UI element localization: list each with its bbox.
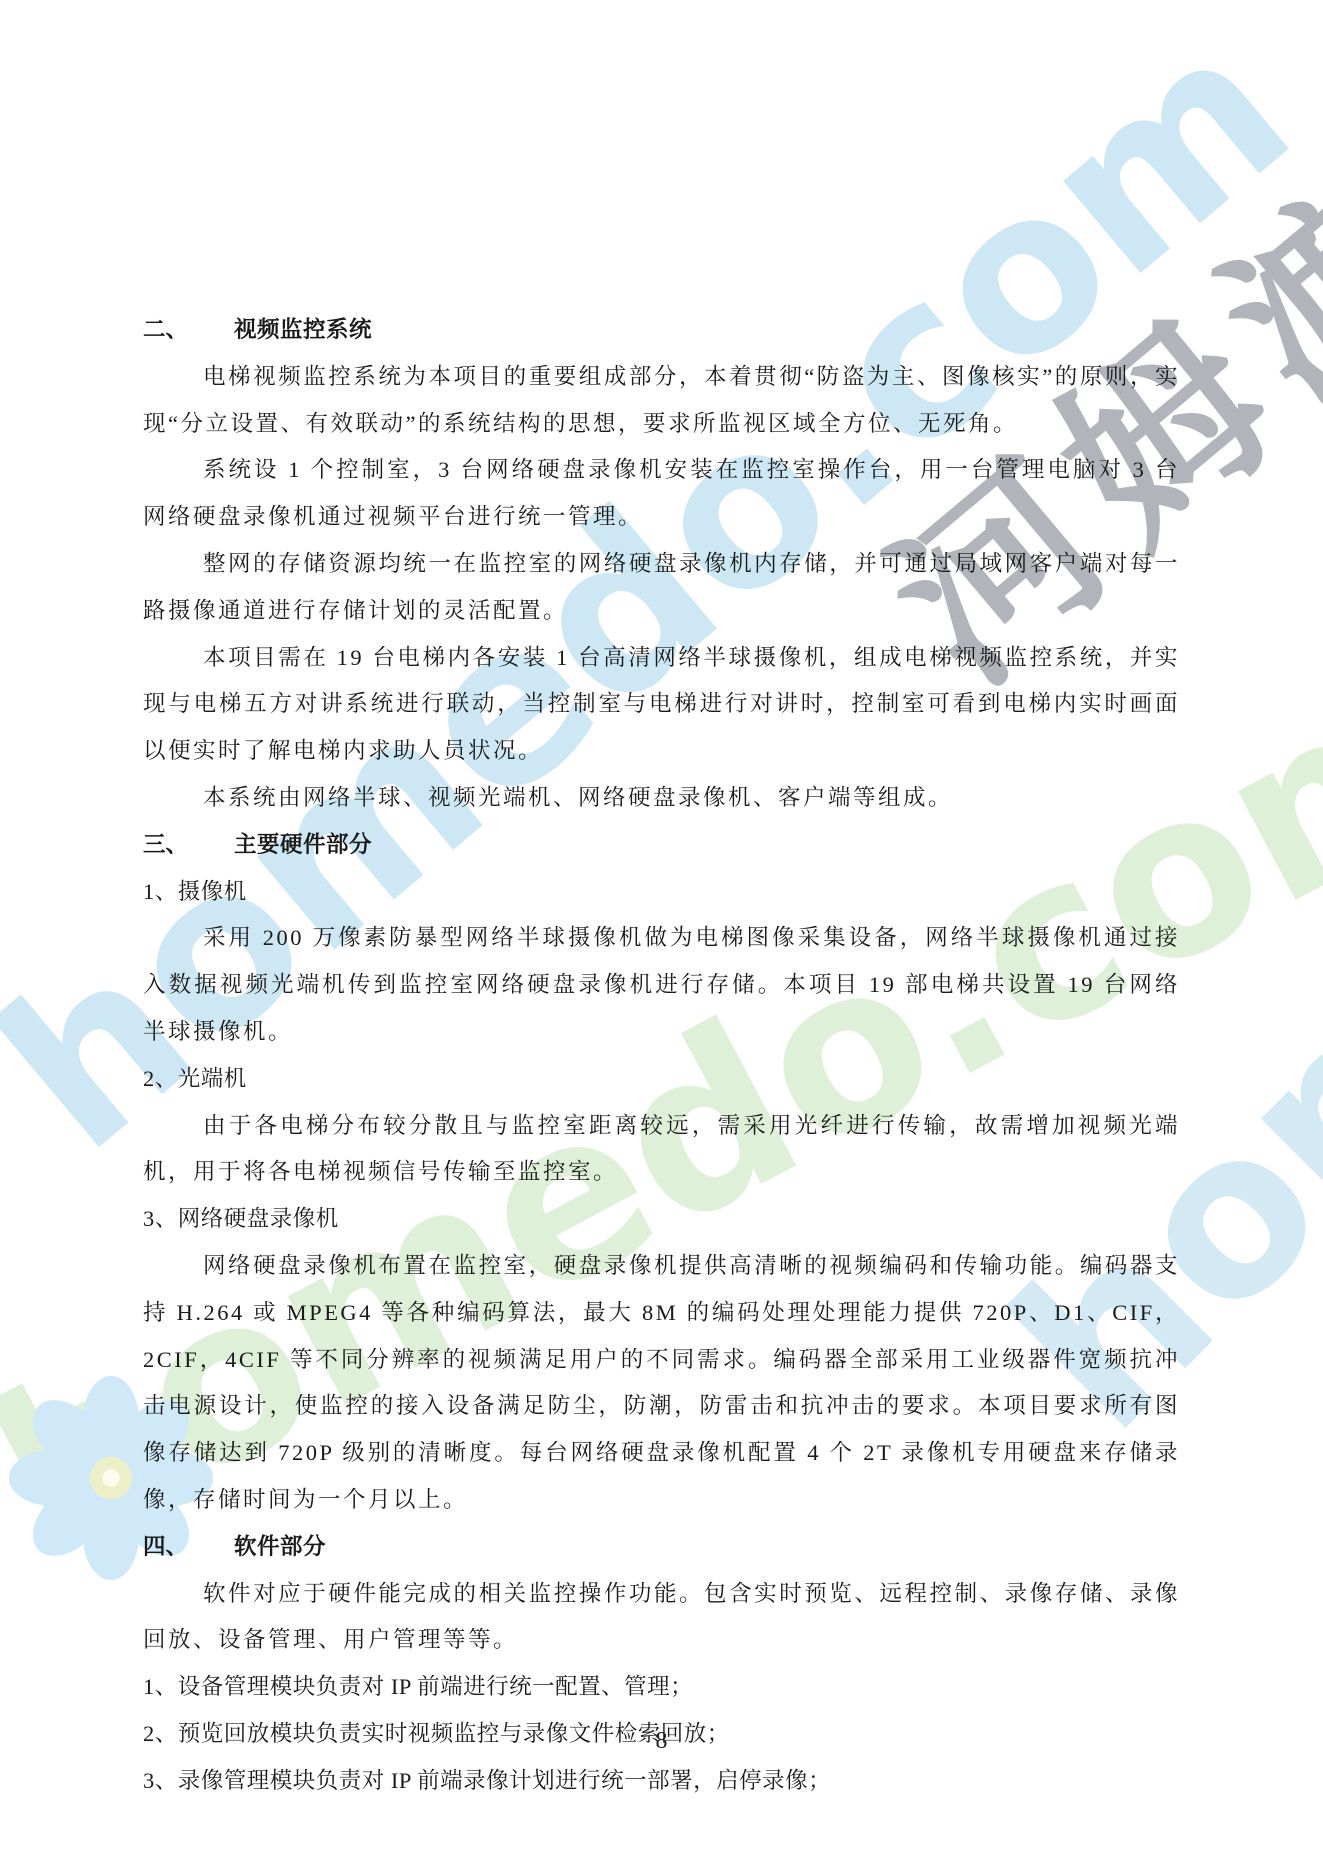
document-body: 二、视频监控系统电梯视频监控系统为本项目的重要组成部分，本着贯彻“防盗为主、图像… bbox=[143, 307, 1180, 1805]
section-title: 视频监控系统 bbox=[234, 317, 372, 342]
section-number: 三、 bbox=[143, 832, 188, 857]
paragraph: 整网的存储资源均统一在监控室的网络硬盘录像机内存储，并可通过局域网客户端对每一路… bbox=[143, 541, 1180, 635]
paragraph: 网络硬盘录像机布置在监控室，硬盘录像机提供高清晰的视频编码和传输功能。编码器支持… bbox=[143, 1243, 1180, 1524]
list-item: 3、网络硬盘录像机 bbox=[143, 1196, 1180, 1243]
paragraph: 系统设 1 个控制室，3 台网络硬盘录像机安装在监控室操作台，用一台管理电脑对 … bbox=[143, 447, 1180, 541]
paragraph: 采用 200 万像素防暴型网络半球摄像机做为电梯图像采集设备，网络半球摄像机通过… bbox=[143, 915, 1180, 1055]
paragraph: 软件对应于硬件能完成的相关监控操作功能。包含实时预览、远程控制、录像存储、录像回… bbox=[143, 1571, 1180, 1665]
section-heading: 四、软件部分 bbox=[143, 1524, 1180, 1571]
paragraph: 电梯视频监控系统为本项目的重要组成部分，本着贯彻“防盗为主、图像核实”的原则，实… bbox=[143, 354, 1180, 448]
list-item: 1、设备管理模块负责对 IP 前端进行统一配置、管理； bbox=[143, 1664, 1180, 1711]
section-heading: 二、视频监控系统 bbox=[143, 307, 1180, 354]
section-heading: 三、主要硬件部分 bbox=[143, 822, 1180, 869]
paragraph: 本项目需在 19 台电梯内各安装 1 台高清网络半球摄像机，组成电梯视频监控系统… bbox=[143, 635, 1180, 775]
section-title: 软件部分 bbox=[234, 1534, 326, 1559]
document-page: { "page": { "number": "8" }, "watermark"… bbox=[0, 0, 1323, 1872]
paragraph: 本系统由网络半球、视频光端机、网络硬盘录像机、客户端等组成。 bbox=[143, 775, 1180, 822]
page-number: 8 bbox=[0, 1728, 1323, 1755]
paragraph: 由于各电梯分布较分散且与监控室距离较远，需采用光纤进行传输，故需增加视频光端机，… bbox=[143, 1103, 1180, 1197]
section-number: 四、 bbox=[143, 1534, 188, 1559]
section-number: 二、 bbox=[143, 317, 188, 342]
list-item: 2、光端机 bbox=[143, 1056, 1180, 1103]
list-item: 1、摄像机 bbox=[143, 869, 1180, 916]
section-title: 主要硬件部分 bbox=[234, 832, 372, 857]
list-item: 3、录像管理模块负责对 IP 前端录像计划进行统一部署，启停录像； bbox=[143, 1758, 1180, 1805]
